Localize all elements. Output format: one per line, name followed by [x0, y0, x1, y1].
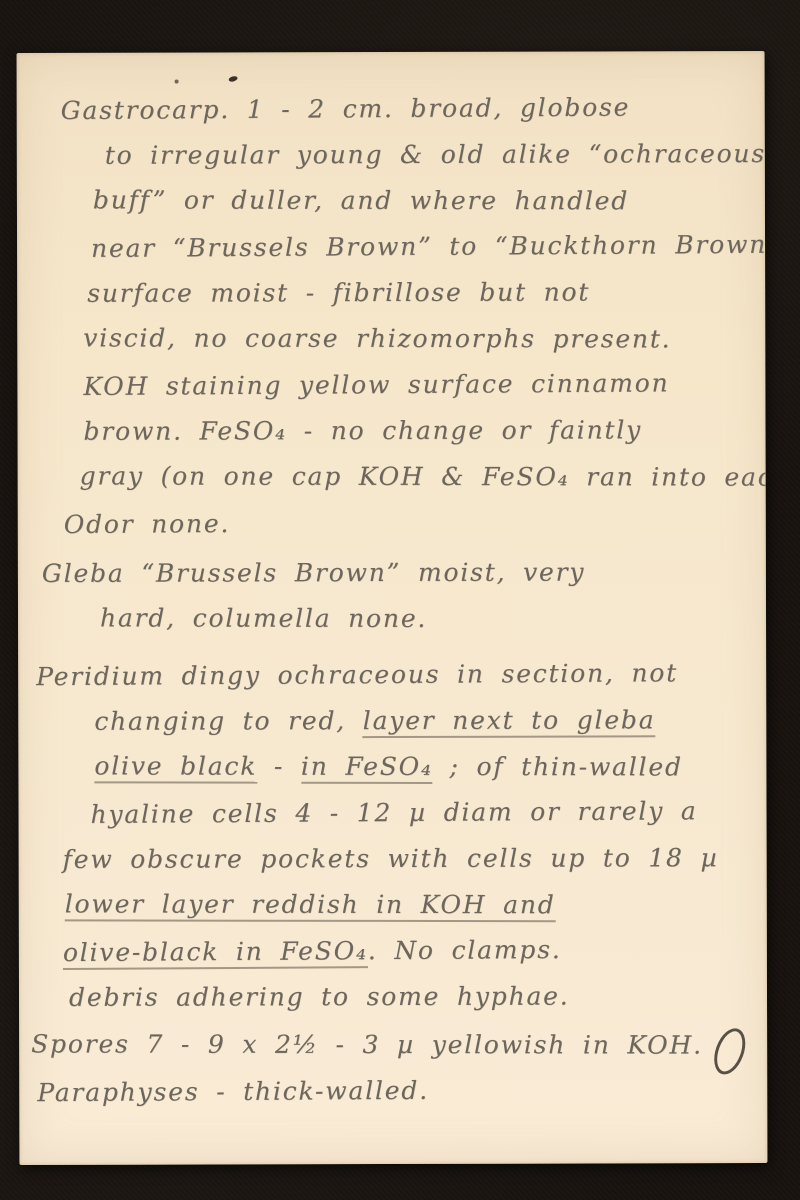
- note-line: buff” or duller, and where handled: [93, 177, 741, 224]
- note-line: olive-black in FeSO₄. No clamps.: [63, 926, 743, 976]
- note-line: changing to red, layer next to gleba: [94, 697, 742, 745]
- text-segment: near “Brussels Brown” to “Buckthorn Brow…: [91, 230, 767, 263]
- text-segment: viscid, no coarse rhizomorphs present.: [83, 323, 671, 353]
- underlined-text: in FeSO₄: [301, 752, 433, 784]
- underlined-text: olive black: [94, 751, 257, 783]
- text-segment: Gastrocarp. 1 - 2 cm. broad, globose: [61, 93, 631, 125]
- note-line: viscid, no coarse rhizomorphs present.: [83, 315, 741, 362]
- underlined-text: lower layer reddish in KOH and: [65, 889, 556, 922]
- note-body: Gastrocarp. 1 - 2 cm. broad, globoseto i…: [17, 51, 768, 1115]
- text-segment: Spores 7 - 9 x 2½ - 3 µ yellowish in KOH…: [31, 1029, 703, 1059]
- note-line: olive black - in FeSO₄ ; of thin-walled: [94, 743, 742, 790]
- note-card: Gastrocarp. 1 - 2 cm. broad, globoseto i…: [17, 51, 768, 1165]
- note-line: Odor none.: [64, 498, 742, 548]
- text-segment: KOH staining yellow surface cinnamon: [83, 368, 669, 401]
- text-segment: changing to red,: [94, 706, 363, 736]
- text-segment: . No clamps.: [368, 935, 562, 965]
- text-segment: Gleba “Brussels Brown” moist, very: [42, 557, 585, 587]
- text-segment: buff” or duller, and where handled: [93, 185, 629, 215]
- text-segment: brown. FeSO₄ - no change or faintly: [83, 415, 642, 445]
- text-segment: Odor none.: [64, 509, 231, 539]
- note-line: surface moist - fibrillose but not: [87, 269, 741, 317]
- note-line: lower layer reddish in KOH and: [65, 881, 743, 928]
- text-segment: -: [257, 752, 301, 781]
- note-line: few obscure pockets with cells up to 18 …: [63, 835, 743, 883]
- note-line: Gleba “Brussels Brown” moist, very: [42, 549, 742, 597]
- note-line: debris adhering to some hyphae.: [69, 973, 743, 1021]
- note-line: hard, columella none.: [100, 595, 742, 642]
- text-segment: few obscure pockets with cells up to 18 …: [63, 843, 719, 874]
- text-segment: Peridium dingy ochraceous in section, no…: [36, 658, 678, 691]
- text-segment: ; of thin-walled: [433, 752, 683, 781]
- text-segment: hyaline cells 4 - 12 µ diam or rarely a: [90, 796, 697, 829]
- underlined-text: layer next to gleba: [363, 705, 656, 738]
- note-line: KOH staining yellow surface cinnamon: [83, 360, 741, 410]
- text-segment: hard, columella none.: [100, 603, 427, 633]
- note-line: to irregular young & old alike “ochraceo…: [105, 131, 741, 179]
- note-line: Gastrocarp. 1 - 2 cm. broad, globose: [61, 84, 741, 134]
- text-segment: surface moist - fibrillose but not: [87, 277, 590, 307]
- text-segment: to irregular young & old alike “ochraceo…: [105, 139, 766, 170]
- text-segment: gray (on one cap KOH & FeSO₄ ran into ea…: [80, 461, 768, 491]
- note-line: hyaline cells 4 - 12 µ diam or rarely a: [90, 788, 742, 838]
- text-segment: Paraphyses - thick-walled.: [37, 1076, 429, 1107]
- note-line: Paraphyses - thick-walled.: [37, 1066, 743, 1116]
- note-line: brown. FeSO₄ - no change or faintly: [83, 407, 741, 455]
- underlined-text: olive-black in FeSO₄: [63, 936, 368, 970]
- photo-background: Gastrocarp. 1 - 2 cm. broad, globoseto i…: [0, 0, 800, 1200]
- note-line: near “Brussels Brown” to “Buckthorn Brow…: [91, 222, 741, 272]
- note-line: Peridium dingy ochraceous in section, no…: [36, 650, 742, 700]
- card-speck: [175, 80, 179, 84]
- note-line: Spores 7 - 9 x 2½ - 3 µ yellowish in KOH…: [31, 1021, 743, 1068]
- note-line: gray (on one cap KOH & FeSO₄ ran into ea…: [80, 453, 742, 500]
- text-segment: debris adhering to some hyphae.: [69, 982, 570, 1012]
